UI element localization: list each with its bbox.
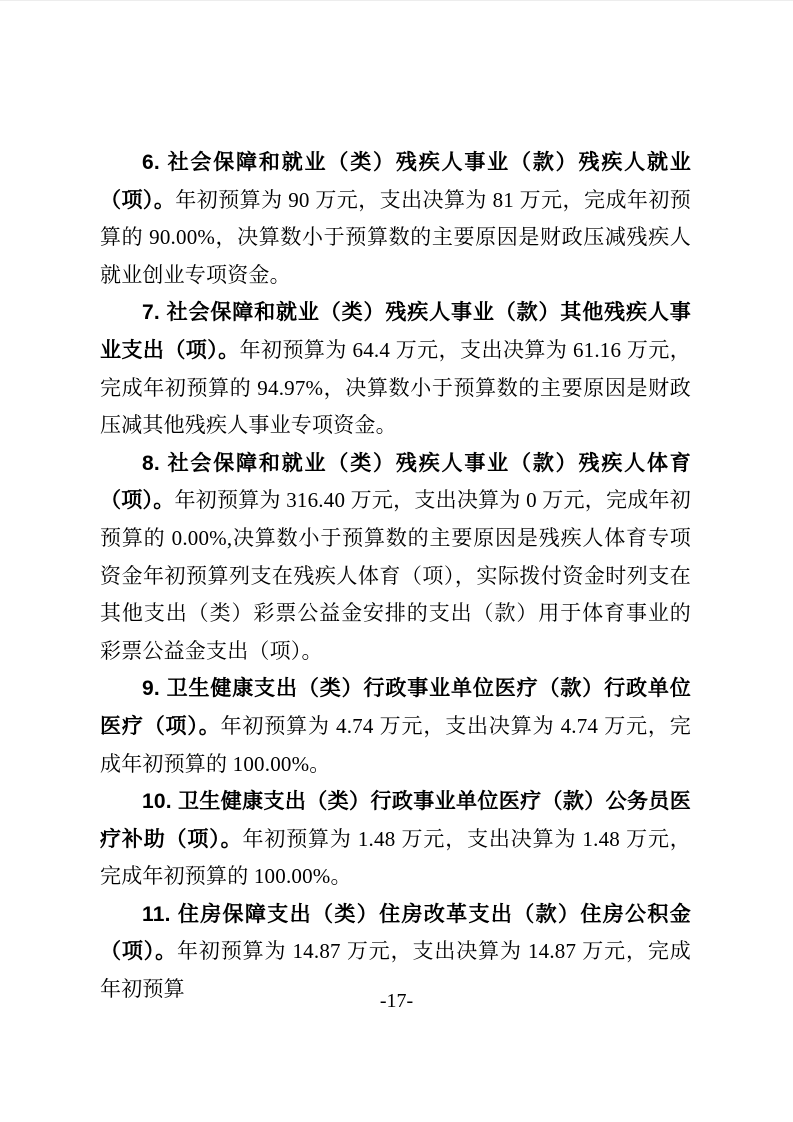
item-body: 年初预算为 316.40 万元，支出决算为 0 万元，完成年初预算的 0.00%… — [100, 488, 691, 662]
budget-item-paragraph-7: 7. 社会保障和就业（类）残疾人事业（款）其他残疾人事业支出（项）。年初预算为 … — [100, 294, 691, 444]
budget-item-paragraph-9: 9. 卫生健康支出（类）行政事业单位医疗（款）行政单位医疗（项）。年初预算为 4… — [100, 670, 691, 783]
budget-item-paragraph-10: 10. 卫生健康支出（类）行政事业单位医疗（款）公务员医疗补助（项）。年初预算为… — [100, 783, 691, 896]
page-number: -17- — [0, 989, 793, 1013]
budget-item-paragraph-6: 6. 社会保障和就业（类）残疾人事业（款）残疾人就业（项）。年初预算为 90 万… — [100, 144, 691, 294]
budget-item-paragraph-8: 8. 社会保障和就业（类）残疾人事业（款）残疾人体育（项）。年初预算为 316.… — [100, 445, 691, 671]
document-page: 6. 社会保障和就业（类）残疾人事业（款）残疾人就业（项）。年初预算为 90 万… — [0, 0, 793, 1122]
item-body: 年初预算为 90 万元，支出决算为 81 万元，完成年初预算的 90.00%，决… — [100, 188, 691, 287]
document-body: 6. 社会保障和就业（类）残疾人事业（款）残疾人就业（项）。年初预算为 90 万… — [100, 144, 691, 1009]
